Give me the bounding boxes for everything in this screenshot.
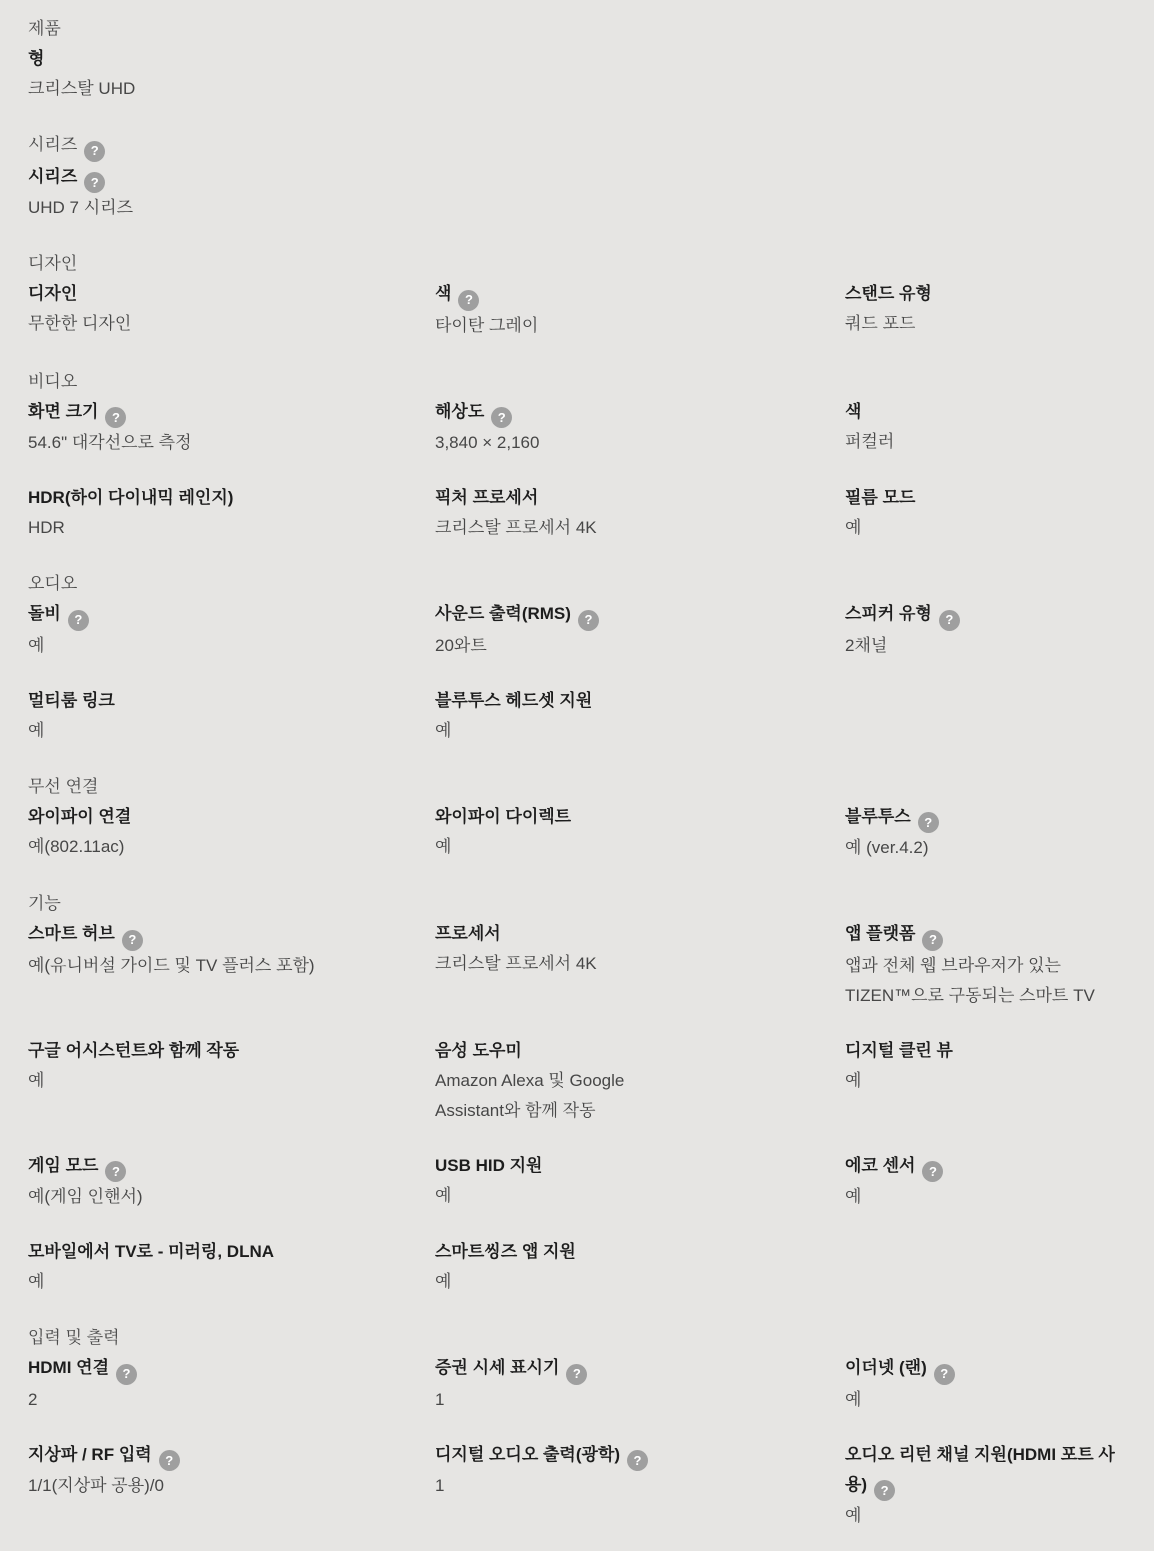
spec-value: 예 [28,1066,328,1096]
spec-item-hdr: HDR(하이 다이내믹 레인지) HDR [28,483,435,543]
spec-item-digital-audio-output-optical: 디지털 오디오 출력(광학)? 1 [435,1440,845,1502]
spec-label-text: 해상도 [435,402,484,421]
spec-item-stand-type: 스탠드 유형 쿼드 포드 [845,279,1126,339]
spec-value: 54.6" 대각선으로 측정 [28,428,328,458]
spec-value: 예 [845,1501,1121,1531]
spec-label-text: 증권 시세 표시기 [435,1358,559,1377]
spec-row: 멀티룸 링크 예 블루투스 헤드셋 지원 예 [28,686,1126,746]
section-wireless: 무선 연결 와이파이 연결 예(802.11ac) 와이파이 다이렉트 예 블루… [28,772,1126,864]
spec-label-text: 모바일에서 TV로 - 미러링, DLNA [28,1242,274,1261]
spec-label-text: USB HID 지원 [435,1156,542,1175]
help-icon[interactable]: ? [627,1450,648,1471]
spec-item-smartthings-app-support: 스마트씽즈 앱 지원 예 [435,1237,845,1297]
spec-value: 쿼드 포드 [845,309,1121,339]
spec-item-smart-hub: 스마트 허브? 예(유니버설 가이드 및 TV 플러스 포함) [28,919,435,981]
spec-value: 예 [435,716,675,746]
help-icon[interactable]: ? [458,290,479,311]
spec-label: 해상도? [435,397,675,429]
section-title-design: 디자인 [28,249,1126,279]
spec-label: 색 [845,397,1121,427]
spec-row: 와이파이 연결 예(802.11ac) 와이파이 다이렉트 예 블루투스? 예 … [28,802,1126,864]
help-icon[interactable]: ? [922,930,943,951]
section-video: 비디오 화면 크기? 54.6" 대각선으로 측정 해상도? 3,840 × 2… [28,367,1126,544]
spec-value: 2채널 [845,631,1121,661]
spec-label: 증권 시세 표시기? [435,1353,675,1385]
spec-item-bluetooth-headset-support: 블루투스 헤드셋 지원 예 [435,686,845,746]
spec-value: HDR [28,513,328,543]
spec-item-processor: 프로세서 크리스탈 프로세서 4K [435,919,845,979]
help-icon[interactable]: ? [578,610,599,631]
spec-item-sound-output-rms: 사운드 출력(RMS)? 20와트 [435,599,845,661]
spec-label: 스마트씽즈 앱 지원 [435,1237,675,1267]
spec-item-wifi-direct: 와이파이 다이렉트 예 [435,802,845,862]
help-icon[interactable]: ? [566,1364,587,1385]
spec-label: 지상파 / RF 입력? [28,1440,328,1472]
spec-value: 1 [435,1385,675,1415]
spec-label: 디자인 [28,279,328,309]
help-icon[interactable]: ? [122,930,143,951]
spec-label: 사운드 출력(RMS)? [435,599,675,631]
spec-label-text: 지상파 / RF 입력 [28,1445,152,1464]
spec-value: 예 [845,1385,1121,1415]
spec-row: 돌비? 예 사운드 출력(RMS)? 20와트 스피커 유형? 2채널 [28,599,1126,661]
spec-item-design: 디자인 무한한 디자인 [28,279,435,339]
spec-label: 스탠드 유형 [845,279,1121,309]
spec-value: 예(유니버설 가이드 및 TV 플러스 포함) [28,951,328,981]
spec-label: 스피커 유형? [845,599,1121,631]
section-title-video: 비디오 [28,367,1126,397]
spec-label-text: 블루투스 [845,807,911,826]
section-audio: 오디오 돌비? 예 사운드 출력(RMS)? 20와트 스피커 유형? 2채널 … [28,569,1126,746]
spec-row: 시리즈? UHD 7 시리즈 [28,162,1126,224]
spec-row: HDR(하이 다이내믹 레인지) HDR 픽처 프로세서 크리스탈 프로세서 4… [28,483,1126,543]
spec-row: 디자인 무한한 디자인 색? 타이탄 그레이 스탠드 유형 쿼드 포드 [28,279,1126,341]
spec-label: 앱 플랫폼? [845,919,1121,951]
spec-item-hdmi-connections: HDMI 연결? 2 [28,1353,435,1415]
spec-item-stock-ticker: 증권 시세 표시기? 1 [435,1353,845,1415]
spec-label: 디지털 클린 뷰 [845,1036,1121,1066]
spec-value: 무한한 디자인 [28,309,328,339]
section-inputs-outputs: 입력 및 출력 HDMI 연결? 2 증권 시세 표시기? 1 이더넷 (랜)?… [28,1323,1126,1531]
spec-value: 예 [845,1182,1121,1212]
spec-row: 모바일에서 TV로 - 미러링, DLNA 예 스마트씽즈 앱 지원 예 [28,1237,1126,1297]
spec-label: 스마트 허브? [28,919,328,951]
spec-label: 음성 도우미 [435,1036,675,1066]
spec-label-text: 스마트씽즈 앱 지원 [435,1242,576,1261]
section-title-audio: 오디오 [28,569,1126,599]
spec-label: HDR(하이 다이내믹 레인지) [28,483,328,513]
spec-label: 형 [28,44,328,74]
spec-label: USB HID 지원 [435,1151,675,1181]
spec-item-voice-assistant: 음성 도우미 Amazon Alexa 및 Google Assistant와 … [435,1036,845,1126]
spec-item-audio-return-channel: 오디오 리턴 채널 지원(HDMI 포트 사용)? 예 [845,1440,1126,1532]
help-icon[interactable]: ? [934,1364,955,1385]
help-icon[interactable]: ? [159,1450,180,1471]
spec-value: 1/1(지상파 공용)/0 [28,1471,328,1501]
help-icon[interactable]: ? [922,1161,943,1182]
spec-value: Amazon Alexa 및 Google Assistant와 함께 작동 [435,1066,675,1126]
help-icon[interactable]: ? [874,1480,895,1501]
spec-label-text: 와이파이 연결 [28,807,131,826]
help-icon[interactable]: ? [68,610,89,631]
section-features: 기능 스마트 허브? 예(유니버설 가이드 및 TV 플러스 포함) 프로세서 … [28,889,1126,1297]
section-title-text: 시리즈 [28,135,77,154]
spec-value: UHD 7 시리즈 [28,193,328,223]
spec-label: 에코 센서? [845,1151,1121,1183]
spec-row: 게임 모드? 예(게임 인핸서) USB HID 지원 예 에코 센서? 예 [28,1151,1126,1213]
spec-value: 20와트 [435,631,675,661]
spec-label: 이더넷 (랜)? [845,1353,1121,1385]
spec-label: 와이파이 다이렉트 [435,802,675,832]
spec-label-text: 시리즈 [28,167,77,186]
spec-sheet: 제품 형 크리스탈 UHD 시리즈? 시리즈? UHD 7 시리즈 디자인 디자… [0,0,1154,1551]
spec-item-multiroom-link: 멀티룸 링크 예 [28,686,435,746]
help-icon[interactable]: ? [105,407,126,428]
spec-value: 예 [28,716,328,746]
spec-item-rf-input: 지상파 / RF 입력? 1/1(지상파 공용)/0 [28,1440,435,1502]
section-title-wireless: 무선 연결 [28,772,1126,802]
spec-item-app-platform: 앱 플랫폼? 앱과 전체 웹 브라우저가 있는 TIZEN™으로 구동되는 스마… [845,919,1126,1011]
spec-label-text: 사운드 출력(RMS) [435,604,571,623]
spec-label-text: 이더넷 (랜) [845,1358,927,1377]
spec-value: 예 (ver.4.2) [845,833,1121,863]
help-icon[interactable]: ? [918,812,939,833]
spec-item-type: 형 크리스탈 UHD [28,44,435,104]
spec-item-bluetooth: 블루투스? 예 (ver.4.2) [845,802,1126,864]
spec-label: 구글 어시스턴트와 함께 작동 [28,1036,328,1066]
spec-value: 예(802.11ac) [28,832,328,862]
spec-label-text: 형 [28,49,44,68]
spec-item-speaker-type: 스피커 유형? 2채널 [845,599,1126,661]
spec-item-eco-sensor: 에코 센서? 예 [845,1151,1126,1213]
spec-value: 예 [435,832,675,862]
spec-label-text: 게임 모드 [28,1156,98,1175]
help-icon[interactable]: ? [84,172,105,193]
spec-label-text: 스마트 허브 [28,924,115,943]
section-title-features: 기능 [28,889,1126,919]
spec-label: 화면 크기? [28,397,328,429]
spec-label-text: 돌비 [28,604,61,623]
spec-label-text: 필름 모드 [845,488,915,507]
spec-value: 퍼컬러 [845,427,1121,457]
spec-item-usb-hid-support: USB HID 지원 예 [435,1151,845,1211]
spec-row: 지상파 / RF 입력? 1/1(지상파 공용)/0 디지털 오디오 출력(광학… [28,1440,1126,1532]
spec-value: 예(게임 인핸서) [28,1182,328,1212]
spec-item-game-mode: 게임 모드? 예(게임 인핸서) [28,1151,435,1213]
section-design: 디자인 디자인 무한한 디자인 색? 타이탄 그레이 스탠드 유형 쿼드 포드 [28,249,1126,341]
spec-label: 게임 모드? [28,1151,328,1183]
spec-label-text: 픽처 프로세서 [435,488,538,507]
spec-label-text: 와이파이 다이렉트 [435,807,571,826]
spec-label: 필름 모드 [845,483,1121,513]
spec-value: 크리스탈 프로세서 4K [435,949,675,979]
spec-item-resolution: 해상도? 3,840 × 2,160 [435,397,845,459]
spec-value: 2 [28,1385,328,1415]
spec-item-ethernet-lan: 이더넷 (랜)? 예 [845,1353,1126,1415]
spec-label-text: HDMI 연결 [28,1358,109,1377]
spec-label: 픽처 프로세서 [435,483,675,513]
spec-value: 크리스탈 프로세서 4K [435,513,675,543]
spec-label-text: 구글 어시스턴트와 함께 작동 [28,1041,239,1060]
spec-label-text: 디지털 오디오 출력(광학) [435,1445,620,1464]
spec-label: HDMI 연결? [28,1353,328,1385]
spec-item-works-with-google-assistant: 구글 어시스턴트와 함께 작동 예 [28,1036,435,1096]
spec-label-text: 스피커 유형 [845,604,932,623]
spec-label-text: 스탠드 유형 [845,284,932,303]
spec-label: 와이파이 연결 [28,802,328,832]
spec-item-digital-clean-view: 디지털 클린 뷰 예 [845,1036,1126,1096]
spec-item-wifi: 와이파이 연결 예(802.11ac) [28,802,435,862]
spec-label: 모바일에서 TV로 - 미러링, DLNA [28,1237,328,1267]
spec-value: 예 [28,1267,328,1297]
spec-item-screen-size: 화면 크기? 54.6" 대각선으로 측정 [28,397,435,459]
help-icon[interactable]: ? [84,141,105,162]
spec-label-text: 디자인 [28,284,77,303]
section-title-inputs-outputs: 입력 및 출력 [28,1323,1126,1353]
spec-label-text: 멀티룸 링크 [28,691,115,710]
spec-row: 화면 크기? 54.6" 대각선으로 측정 해상도? 3,840 × 2,160… [28,397,1126,459]
spec-row: HDMI 연결? 2 증권 시세 표시기? 1 이더넷 (랜)? 예 [28,1353,1126,1415]
spec-label-text: HDR(하이 다이내믹 레인지) [28,488,233,507]
help-icon[interactable]: ? [491,407,512,428]
spec-label-text: 앱 플랫폼 [845,924,915,943]
spec-item-dolby: 돌비? 예 [28,599,435,661]
spec-item-picture-processor: 픽처 프로세서 크리스탈 프로세서 4K [435,483,845,543]
spec-label: 돌비? [28,599,328,631]
spec-value: 예 [845,1066,1121,1096]
spec-row: 형 크리스탈 UHD [28,44,1126,104]
spec-value: 타이탄 그레이 [435,311,675,341]
spec-value: 앱과 전체 웹 브라우저가 있는 TIZEN™으로 구동되는 스마트 TV [845,951,1121,1011]
spec-label-text: 음성 도우미 [435,1041,522,1060]
spec-value: 예 [435,1267,675,1297]
help-icon[interactable]: ? [116,1364,137,1385]
spec-item-series: 시리즈? UHD 7 시리즈 [28,162,435,224]
spec-label: 시리즈? [28,162,328,194]
spec-label-text: 디지털 클린 뷰 [845,1041,953,1060]
spec-label-text: 색 [845,402,861,421]
spec-item-color: 색? 타이탄 그레이 [435,279,845,341]
spec-item-mobile-to-tv: 모바일에서 TV로 - 미러링, DLNA 예 [28,1237,435,1297]
spec-label: 디지털 오디오 출력(광학)? [435,1440,675,1472]
spec-label-text: 에코 센서 [845,1156,915,1175]
spec-value: 크리스탈 UHD [28,74,328,104]
spec-item-film-mode: 필름 모드 예 [845,483,1126,543]
spec-label-text: 색 [435,284,451,303]
help-icon[interactable]: ? [939,610,960,631]
section-series: 시리즈? 시리즈? UHD 7 시리즈 [28,130,1126,223]
spec-label: 오디오 리턴 채널 지원(HDMI 포트 사용)? [845,1440,1121,1502]
spec-item-color-video: 색 퍼컬러 [845,397,1126,457]
spec-row: 구글 어시스턴트와 함께 작동 예 음성 도우미 Amazon Alexa 및 … [28,1036,1126,1126]
spec-value: 1 [435,1471,675,1501]
section-product: 제품 형 크리스탈 UHD [28,14,1126,104]
spec-value: 예 [845,513,1121,543]
spec-label: 색? [435,279,675,311]
spec-label: 프로세서 [435,919,675,949]
spec-row: 스마트 허브? 예(유니버설 가이드 및 TV 플러스 포함) 프로세서 크리스… [28,919,1126,1011]
section-title-product: 제품 [28,14,1126,44]
spec-value: 3,840 × 2,160 [435,428,675,458]
spec-label: 블루투스? [845,802,1121,834]
section-title-series: 시리즈? [28,130,1126,162]
help-icon[interactable]: ? [105,1161,126,1182]
spec-value: 예 [28,631,328,661]
spec-label: 멀티룸 링크 [28,686,328,716]
spec-value: 예 [435,1181,675,1211]
spec-label-text: 블루투스 헤드셋 지원 [435,691,592,710]
spec-label-text: 화면 크기 [28,402,98,421]
spec-label: 블루투스 헤드셋 지원 [435,686,675,716]
spec-label-text: 프로세서 [435,924,501,943]
